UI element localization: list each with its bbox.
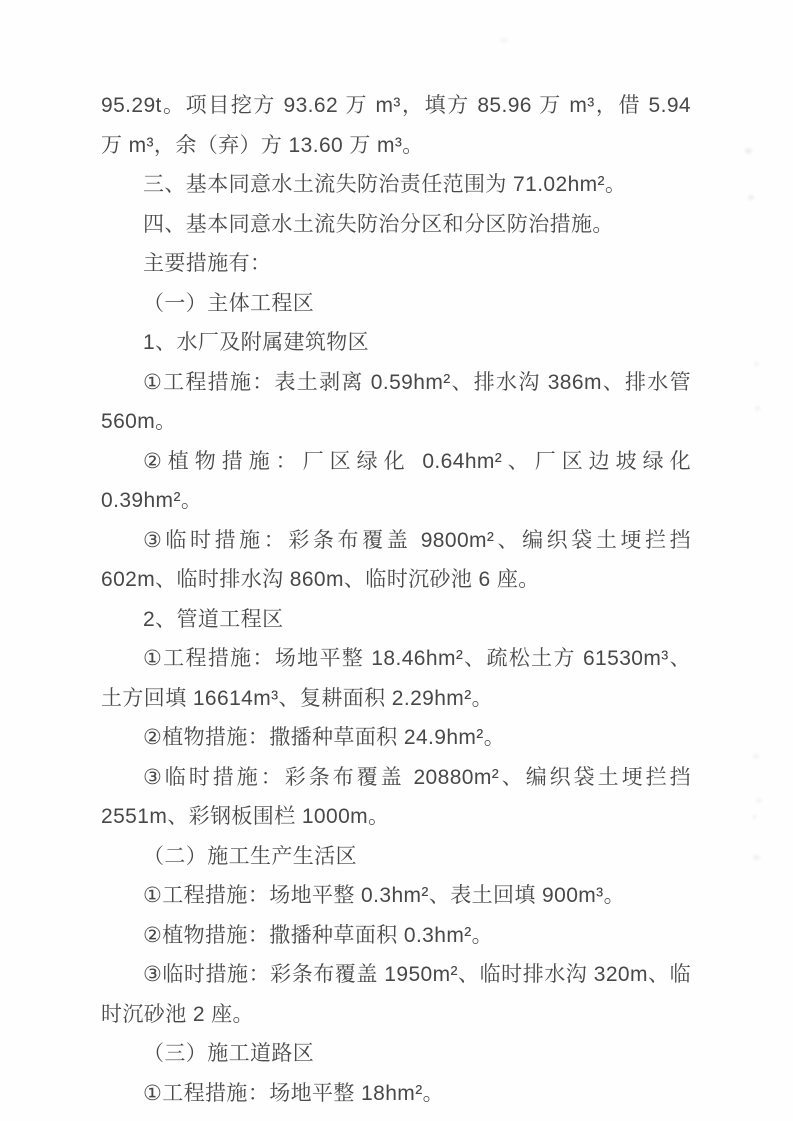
paragraph-s2-vegetation-measures: ②植物措施：撒播种草面积 0.3hm²。 (101, 916, 691, 956)
paragraph-s1-sub1-temporary-measures: ③临时措施：彩条布覆盖 9800m²、编织袋土埂拦挡 602m、临时排水沟 86… (101, 521, 691, 600)
paragraph-s3-engineering-measures: ①工程措施：场地平整 18hm²。 (101, 1074, 691, 1114)
scan-smudge (756, 798, 762, 803)
paragraph-s2-engineering-measures: ①工程措施：场地平整 0.3hm²、表土回填 900m³。 (101, 876, 691, 916)
paragraph-s1-sub2-temporary-measures: ③临时措施：彩条布覆盖 20880m²、编织袋土埂拦挡 2551m、彩钢板围栏 … (101, 758, 691, 837)
scan-smudge (755, 406, 760, 411)
paragraph-s1-sub1-engineering-measures: ①工程措施：表土剥离 0.59hm²、排水沟 386m、排水管 560m。 (101, 363, 691, 442)
paragraph-item-3-responsibility-scope: 三、基本同意水土流失防治责任范围为 71.02hm²。 (101, 165, 691, 205)
scan-smudge (745, 148, 752, 154)
scan-smudge (500, 38, 508, 43)
paragraph-s1-sub2-engineering-measures: ①工程措施：场地平整 18.46hm²、疏松土方 61530m³、土方回填 16… (101, 639, 691, 718)
paragraph-main-measures-lead-in: 主要措施有： (101, 244, 691, 284)
paragraph-section-1-title: （一）主体工程区 (101, 284, 691, 324)
paragraph-item-4-zoning-measures: 四、基本同意水土流失防治分区和分区防治措施。 (101, 205, 691, 245)
scan-smudge (748, 195, 754, 200)
scan-smudge (752, 815, 757, 819)
paragraph-s1-sub1-vegetation-measures: ②植物措施：厂区绿化 0.64hm²、厂区边坡绿化 0.39hm²。 (101, 442, 691, 521)
scan-smudge (753, 754, 759, 759)
paragraph-section-2-title: （二）施工生产生活区 (101, 837, 691, 877)
scan-smudge (754, 362, 759, 366)
paragraph-s1-sub2-vegetation-measures: ②植物措施：撒播种草面积 24.9hm²。 (101, 718, 691, 758)
paragraph-s2-temporary-measures: ③临时措施：彩条布覆盖 1950m²、临时排水沟 320m、临时沉砂池 2 座。 (101, 955, 691, 1034)
paragraph-earthwork-volumes: 95.29t。项目挖方 93.62 万 m³，填方 85.96 万 m³，借 5… (101, 86, 691, 165)
paragraph-section-3-title: （三）施工道路区 (101, 1034, 691, 1074)
paragraph-section-1-sub-1-title: 1、水厂及附属建筑物区 (101, 323, 691, 363)
scan-smudge (753, 855, 760, 860)
paragraph-section-1-sub-2-title: 2、管道工程区 (101, 600, 691, 640)
document-text-block: 95.29t。项目挖方 93.62 万 m³，填方 85.96 万 m³，借 5… (101, 86, 691, 1113)
scanned-document-page: 95.29t。项目挖方 93.62 万 m³，填方 85.96 万 m³，借 5… (0, 0, 793, 1121)
